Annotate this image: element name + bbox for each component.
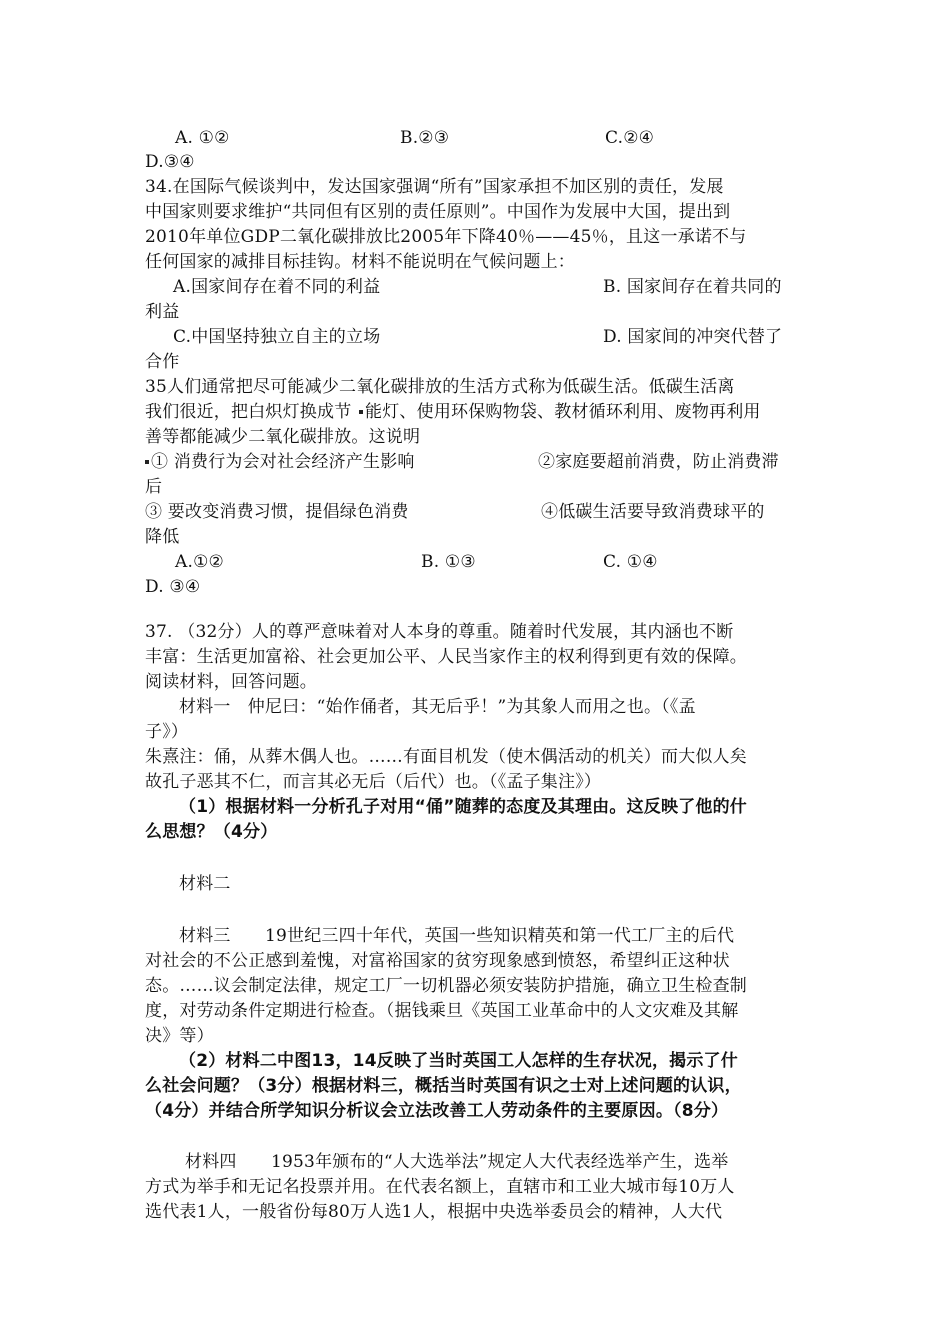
prev-option-a: A. ①② <box>175 126 230 150</box>
q34-option-a: A.国家间存在着不同的利益 <box>173 275 380 299</box>
question2-line-1: （2）材料二中图13，14反映了当时英国工人怎样的生存状况，揭示了什 <box>179 1049 738 1073</box>
q35-statement-1: ① 消费行为会对社会经济产生影响 <box>145 450 415 474</box>
q35-statement-2-wrap: 后 <box>145 475 162 499</box>
prev-option-b: B.②③ <box>400 126 449 150</box>
q35-option-b: B. ①③ <box>421 550 476 574</box>
prev-option-d: D.③④ <box>145 150 195 174</box>
q35-statement-4-wrap: 降低 <box>145 525 179 549</box>
q34-option-d-wrap: 合作 <box>145 350 179 374</box>
q35-stem-line-1: 35人们通常把尽可能减少二氧化碳排放的生活方式称为低碳生活。低碳生活离 <box>145 375 735 399</box>
q37-intro-line-1: 37. （32分）人的尊严意味着对人本身的尊重。随着时代发展，其内涵也不断 <box>145 620 733 644</box>
material1-line-4: 故孔子恶其不仁，而言其必无后（后代）也。（《孟子集注》） <box>145 770 601 794</box>
material3-line-5: 决》等） <box>145 1024 214 1048</box>
q35-statement-2: ②家庭要超前消费，防止消费滞 <box>538 450 779 474</box>
q37-intro-line-2: 丰富：生活更加富裕、社会更加公平、人民当家作主的权利得到更有效的保障。 <box>145 645 747 669</box>
q34-option-c: C.中国坚持独立自主的立场 <box>173 325 380 349</box>
material3-line-1: 材料三 19世纪三四十年代，英国一些知识精英和第一代工厂主的后代 <box>179 924 734 948</box>
anchor-mark-icon <box>359 410 363 414</box>
q34-option-b-wrap: 利益 <box>145 300 179 324</box>
material3-line-4: 度，对劳动条件定期进行检查。（据钱乘旦《英国工业革命中的人文灾难及其解 <box>145 999 739 1023</box>
q35-stem-line-3: 善等都能减少二氧化碳排放。这说明 <box>145 425 420 449</box>
material4-line-3: 选代表1人，一般省份每80万人选1人，根据中央选举委员会的精神，人大代 <box>145 1200 722 1224</box>
material4-line-2: 方式为举手和无记名投票并用。在代表名额上，直辖市和工业大城市每10万人 <box>145 1175 735 1199</box>
q34-stem-line-2: 中国家则要求维护“共同但有区别的责任原则”。中国作为发展中大国，提出到 <box>145 200 730 224</box>
q34-option-d: D. 国家间的冲突代替了 <box>603 325 782 349</box>
q35-statement-4: ④低碳生活要导致消费球平的 <box>541 500 765 524</box>
material3-line-3: 态。……议会制定法律，规定工厂一切机器必须安装防护措施，确立卫生检查制 <box>145 974 747 998</box>
q37-intro-line-3: 阅读材料，回答问题。 <box>145 670 317 694</box>
question2-line-2: 么社会问题？（3分）根据材料三，概括当时英国有识之士对上述问题的认识， <box>145 1074 742 1098</box>
q35-option-d: D. ③④ <box>145 575 200 599</box>
q34-stem-line-1: 34.在国际气候谈判中，发达国家强调“所有”国家承担不加区别的责任，发展 <box>145 175 724 199</box>
q35-stem-line-2b: 能灯、使用环保购物袋、教材循环利用、废物再利用 <box>365 402 761 422</box>
prev-option-c: C.②④ <box>605 126 654 150</box>
material1-line-1: 材料一 仲尼曰：“始作俑者，其无后乎！”为其象人而用之也。（《孟 <box>179 695 696 719</box>
q35-stem-line-2: 我们很近，把白炽灯换成节 能灯、使用环保购物袋、教材循环利用、废物再利用 <box>145 400 761 424</box>
q35-statement-3: ③ 要改变消费习惯，提倡绿色消费 <box>145 500 409 524</box>
material2-label: 材料二 <box>179 872 231 896</box>
anchor-mark-icon <box>145 460 149 464</box>
material1-line-2: 子》） <box>145 720 188 744</box>
question1-line-2: 么思想？（4分） <box>145 820 277 844</box>
q34-option-b: B. 国家间存在着共同的 <box>603 275 782 299</box>
q35-option-a: A.①② <box>175 550 224 574</box>
q35-option-c: C. ①④ <box>603 550 658 574</box>
material1-line-3: 朱熹注：俑，从葬木偶人也。……有面目机发（使木偶活动的机关）而大似人矣 <box>145 745 747 769</box>
q35-stem-line-2a: 我们很近，把白炽灯换成节 <box>145 402 351 422</box>
material3-line-2: 对社会的不公正感到羞愧，对富裕国家的贫穷现象感到愤怒，希望纠正这种状 <box>145 949 730 973</box>
material4-line-1: 材料四 1953年颁布的“人大选举法”规定人大代表经选举产生，选举 <box>185 1150 728 1174</box>
question1-line-1: （1）根据材料一分析孔子对用“俑”随葬的态度及其理由。这反映了他的什 <box>179 795 747 819</box>
q34-stem-line-3: 2010年单位GDP二氧化碳排放比2005年下降40％——45％，且这一承诺不与 <box>145 225 746 249</box>
question2-line-3: （4分）并结合所学知识分析议会立法改善工人劳动条件的主要原因。（8分） <box>145 1099 728 1123</box>
q34-stem-line-4: 任何国家的减排目标挂钩。材料不能说明在气候问题上： <box>145 250 575 274</box>
